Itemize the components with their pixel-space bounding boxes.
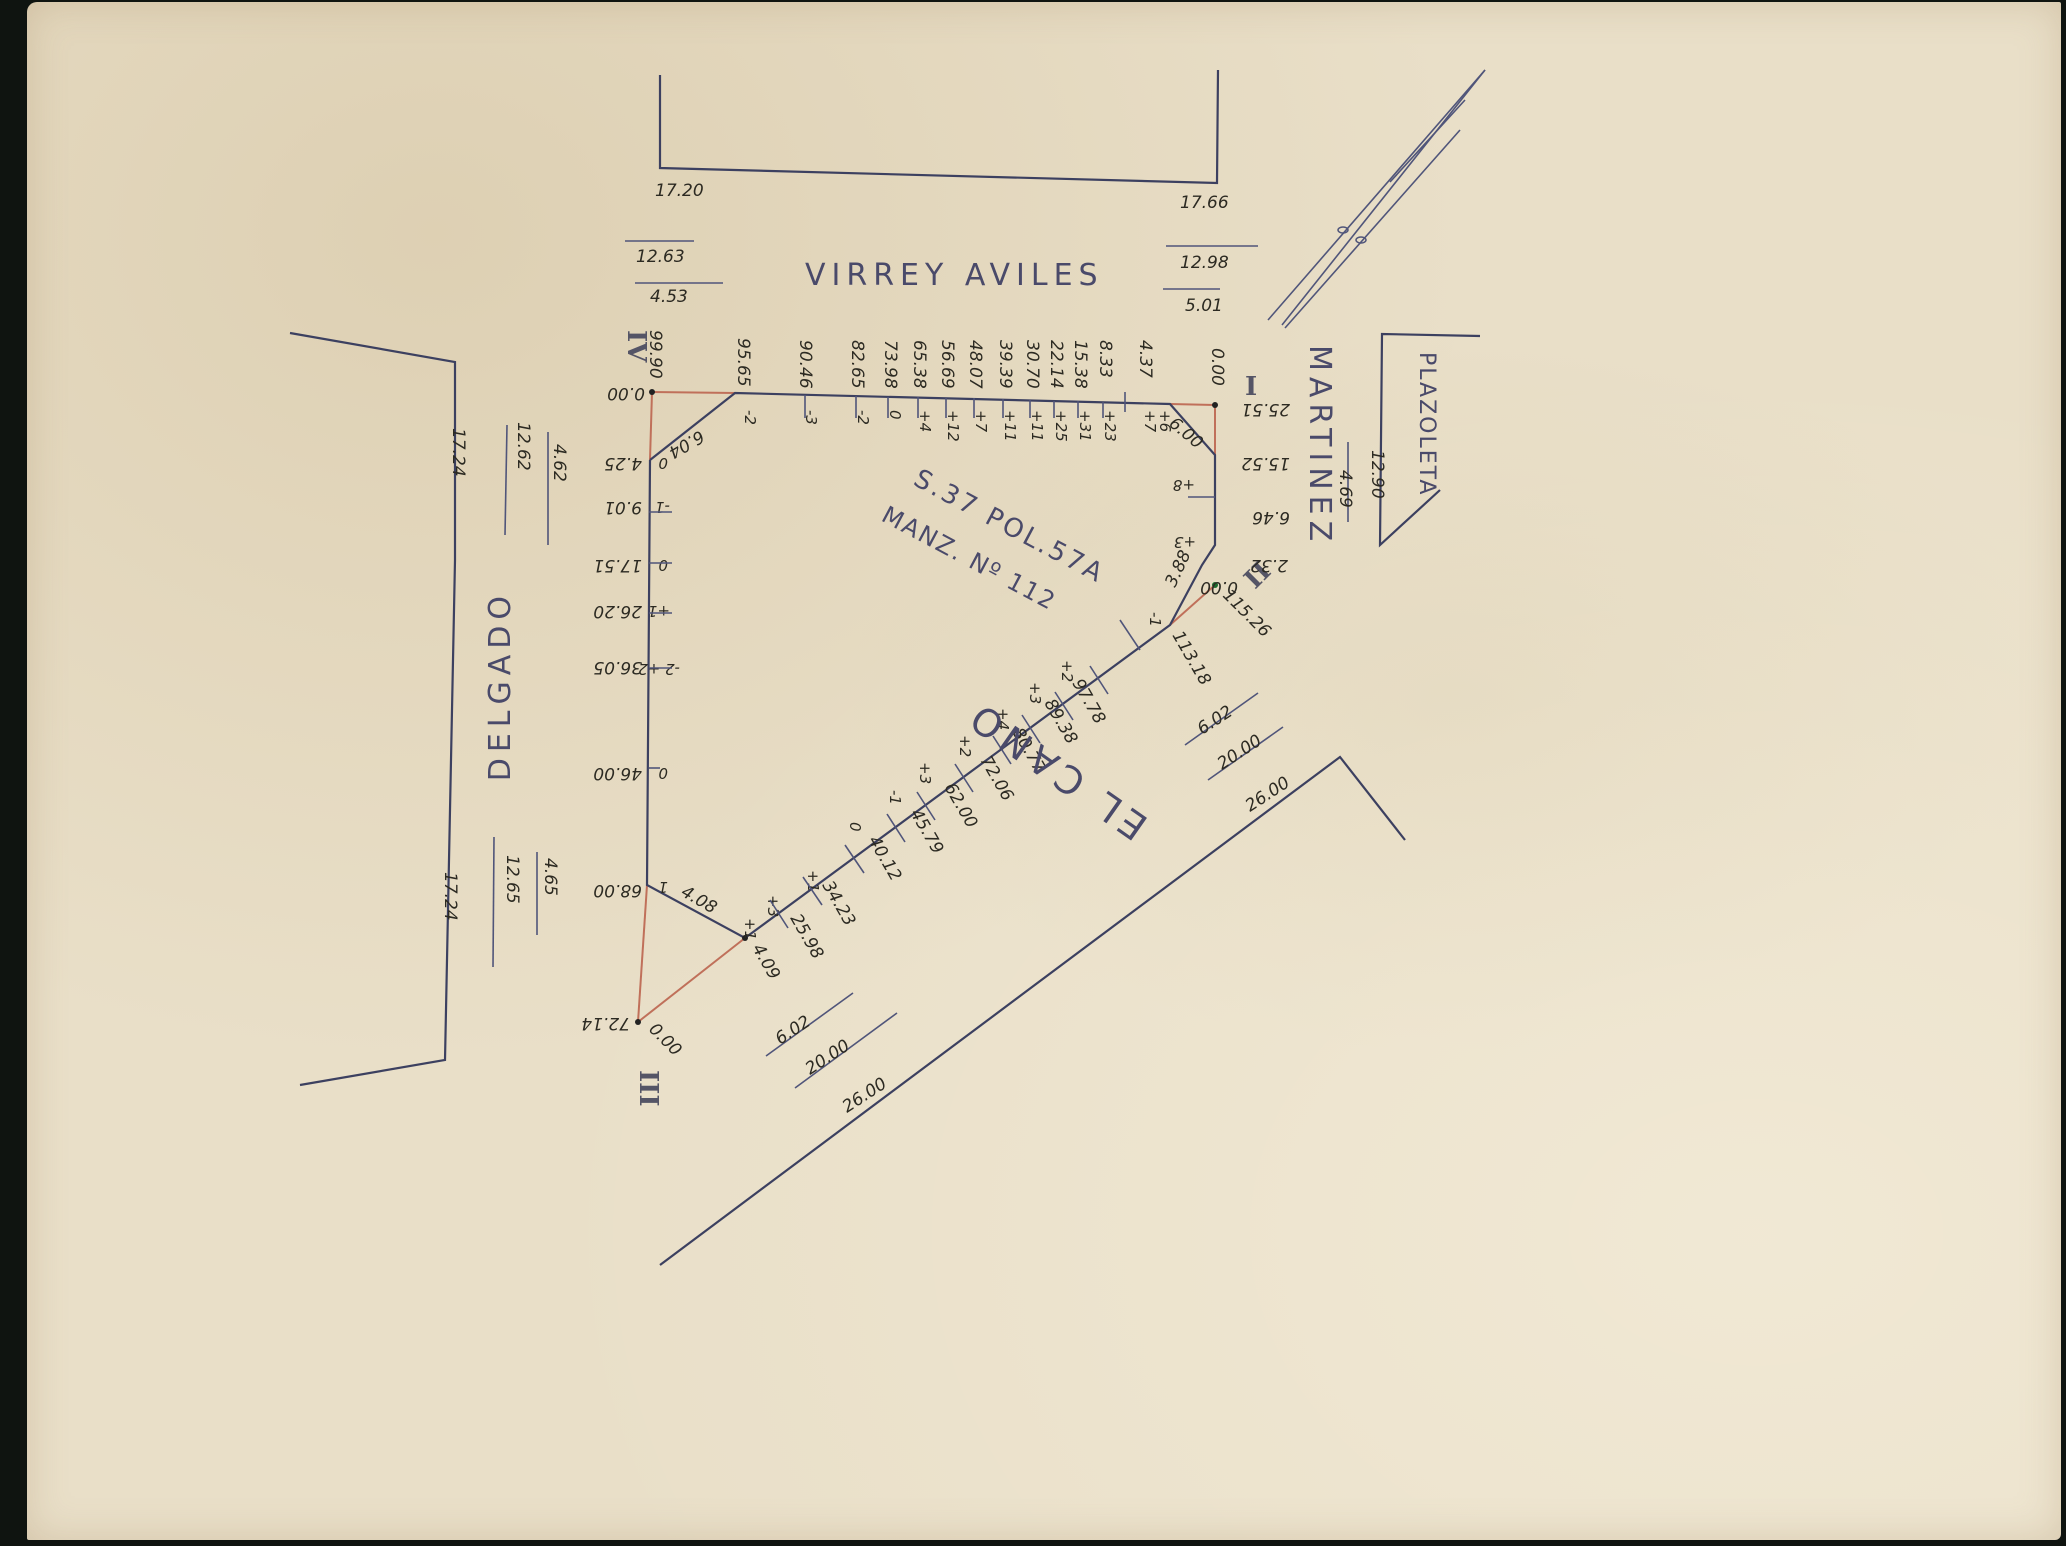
plaza-label: PLAZOLETA: [1414, 352, 1439, 496]
left-line-ticks: [649, 512, 672, 768]
svg-text:-1: -1: [1146, 612, 1164, 627]
svg-text:+2: +2: [1058, 660, 1076, 682]
svg-text:+1: +1: [741, 918, 759, 940]
svg-text:1: 1: [658, 878, 668, 896]
martinez-plaza-width: 12.90: [1367, 450, 1387, 499]
svg-text:73.98: 73.98: [880, 340, 900, 389]
svg-text:95.65: 95.65: [733, 338, 753, 387]
left-line-offsets: 0 -1 0 +1 -2 +2 0 1: [638, 454, 680, 896]
vertex-i-label: I: [1245, 372, 1257, 402]
svg-text:15.38: 15.38: [1070, 340, 1090, 389]
svg-text:-1: -1: [655, 498, 670, 516]
svg-text:0: 0: [658, 454, 668, 472]
delgado-top-walk: 4.62: [549, 444, 569, 482]
svg-text:8.33: 8.33: [1095, 340, 1115, 378]
svg-text:4.09: 4.09: [748, 941, 784, 984]
svg-text:34.23: 34.23: [818, 878, 860, 930]
svg-text:9.01: 9.01: [604, 497, 642, 517]
i-zero: 0.00: [1207, 348, 1227, 386]
el-cano-outline: [660, 757, 1405, 1265]
svg-text:68.00: 68.00: [593, 880, 642, 900]
svg-text:4.37: 4.37: [1135, 340, 1155, 378]
vav-left-walk: 4.53: [650, 287, 688, 307]
delgado-bottom-walk: 4.65: [540, 858, 560, 896]
svg-text:2.32: 2.32: [1250, 555, 1288, 575]
top-line-chainages: 95.65 90.46 82.65 73.98 65.38 56.69 48.0…: [733, 338, 1155, 389]
svg-text:+1: +1: [648, 602, 670, 620]
right-chamfer: 3.88: [1161, 547, 1195, 590]
svg-text:6.46: 6.46: [1252, 507, 1290, 527]
iii-chainage: 72.14: [581, 1013, 630, 1033]
elcano-left-road: 20.00: [802, 1036, 854, 1079]
svg-text:82.65: 82.65: [847, 340, 867, 389]
svg-text:26.20: 26.20: [593, 601, 642, 621]
svg-text:-2 +2: -2 +2: [638, 660, 680, 678]
iv-chainage: 99.90: [645, 330, 665, 379]
delgado-top-road: 12.62: [513, 422, 533, 471]
svg-text:36.05: 36.05: [593, 657, 642, 677]
iv-zero: 0.00: [607, 383, 645, 403]
svg-text:0: 0: [846, 822, 864, 832]
svg-text:65.38: 65.38: [909, 340, 929, 389]
vav-right-total: 17.66: [1180, 193, 1229, 213]
elcano-right-road: 20.00: [1214, 731, 1266, 774]
svg-text:0: 0: [658, 764, 668, 782]
elcano-left-walk: 6.02: [772, 1012, 815, 1049]
left-block-outline: [290, 333, 455, 1085]
elcano-left-total: 26.00: [839, 1074, 891, 1117]
street-martinez: MARTINEZ: [1302, 345, 1337, 547]
svg-text:-1: -1: [886, 790, 904, 805]
svg-text:25.98: 25.98: [786, 911, 828, 963]
svg-text:56.69: 56.69: [937, 340, 957, 389]
i-chainage-top: 25.51: [1241, 399, 1290, 419]
svg-text:0: 0: [658, 556, 668, 574]
ii-chainage: 115.26: [1218, 585, 1274, 641]
martinez-walk: 4.69: [1335, 470, 1355, 508]
svg-text:39.39: 39.39: [995, 340, 1015, 389]
right-offset-8: +8: [1173, 476, 1195, 494]
rail-lines: [1268, 70, 1485, 328]
svg-text:90.46: 90.46: [795, 340, 815, 389]
vav-left-road: 12.63: [636, 247, 685, 267]
svg-text:46.00: 46.00: [593, 763, 642, 783]
svg-text:40.12: 40.12: [864, 833, 906, 885]
left-line-chainages: 4.25 9.01 17.51 26.20 36.05 46.00 68.00: [593, 453, 642, 900]
street-virrey-aviles: VIRREY AVILES: [805, 258, 1104, 293]
svg-text:62.00: 62.00: [940, 780, 982, 832]
top-block-outline: [660, 70, 1218, 183]
svg-text:45.79: 45.79: [906, 806, 948, 858]
svg-text:113.18: 113.18: [1168, 628, 1215, 690]
svg-text:17.51: 17.51: [593, 555, 642, 575]
svg-text:+3: +3: [1026, 682, 1044, 704]
vertex-iii-label: III: [633, 1070, 663, 1107]
top-line-offsets: -2 -3 -2 0 +4 +12 +7 +11 +11 +25 +31 +23…: [741, 410, 1174, 442]
svg-text:+3: +3: [916, 762, 934, 784]
svg-text:-2: -2: [741, 410, 759, 425]
svg-text:22.14: 22.14: [1046, 340, 1066, 389]
delgado-bottom-road: 12.65: [502, 855, 522, 904]
delgado-bottom-total: 17.24: [440, 872, 460, 921]
vav-right-walk: 5.01: [1185, 296, 1223, 316]
i-chainage-right: 15.52: [1241, 453, 1290, 473]
svg-text:4.25: 4.25: [604, 453, 642, 473]
vav-right-road: 12.98: [1180, 253, 1229, 273]
svg-text:97.78: 97.78: [1068, 676, 1110, 728]
right-line-chainages: 6.46 2.32: [1250, 507, 1290, 575]
vav-left-total: 17.20: [655, 181, 704, 201]
plot-plan-drawing: 17.20 17.66 12.63 4.53 12.98 5.01 VIRREY…: [0, 0, 2066, 1546]
elcano-right-walk: 6.02: [1194, 702, 1237, 739]
svg-text:30.70: 30.70: [1022, 340, 1042, 389]
street-delgado: DELGADO: [483, 590, 518, 781]
delgado-top-total: 17.24: [448, 428, 468, 477]
iii-zero: 0.00: [644, 1019, 685, 1060]
svg-text:48.07: 48.07: [965, 340, 985, 389]
